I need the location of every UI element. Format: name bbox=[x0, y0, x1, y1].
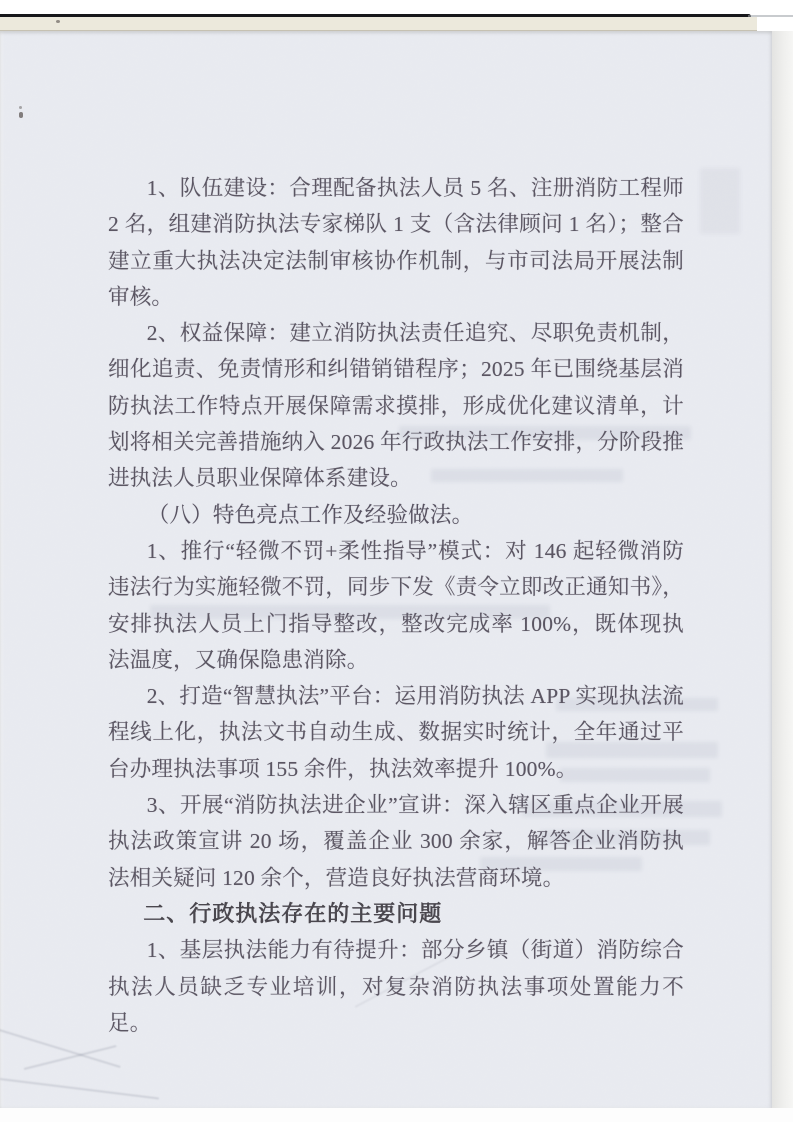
paragraph-smart-enforcement-platform: 2、打造“智慧执法”平台：运用消防执法 APP 实现执法流程线上化，执法文书自动… bbox=[108, 678, 684, 787]
scan-right-margin bbox=[772, 31, 793, 1108]
paragraph-enterprise-outreach: 3、开展“消防执法进企业”宣讲：深入辖区重点企业开展执法政策宣讲 20 场，覆盖… bbox=[108, 787, 684, 896]
scanned-page: 1、队伍建设：合理配备执法人员 5 名、注册消防工程师 2 名，组建消防执法专家… bbox=[0, 0, 793, 1122]
paragraph-grassroots-capability: 1、基层执法能力有待提升：部分乡镇（街道）消防综合执法人员缺乏专业培训，对复杂消… bbox=[108, 932, 684, 1041]
heading-section-8-highlights: （八）特色亮点工作及经验做法。 bbox=[108, 497, 684, 533]
paragraph-lenient-enforcement: 1、推行“轻微不罚+柔性指导”模式：对 146 起轻微消防违法行为实施轻微不罚，… bbox=[108, 533, 684, 678]
scan-bottom-margin bbox=[0, 1108, 793, 1122]
scanner-top-strip bbox=[0, 17, 757, 31]
paragraph-rights-protection: 2、权益保障：建立消防执法责任追究、尽职免责机制，细化追责、免责情形和纠错销错程… bbox=[108, 315, 684, 496]
document-text-block: 1、队伍建设：合理配备执法人员 5 名、注册消防工程师 2 名，组建消防执法专家… bbox=[108, 170, 684, 1041]
paragraph-team-building: 1、队伍建设：合理配备执法人员 5 名、注册消防工程师 2 名，组建消防执法专家… bbox=[108, 170, 684, 315]
heading-main-problems: 二、行政执法存在的主要问题 bbox=[108, 896, 684, 932]
